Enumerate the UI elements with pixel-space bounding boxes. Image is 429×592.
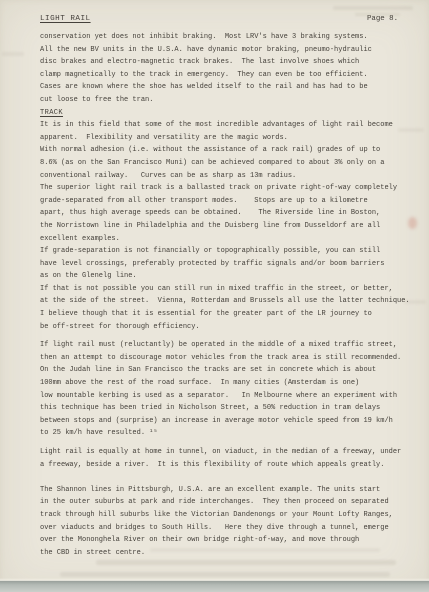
text-line [40, 471, 418, 484]
text-line: 100mm above the rest of the road surface… [40, 377, 418, 390]
text-line: With normal adhesion (i.e. without the a… [40, 144, 418, 157]
page-number: Page 8. [367, 15, 398, 23]
document-body: conservation yet does not inhibit brakin… [40, 31, 418, 559]
bleed-through-smudge [398, 128, 424, 132]
text-line: as on the Glenelg line. [40, 270, 418, 283]
text-line: at the side of the street. Vienna, Rotte… [40, 295, 418, 308]
text-line: TRACK [40, 107, 418, 120]
text-line: apart, thus high average speeds can be o… [40, 207, 418, 220]
text-line: a freeway, beside a river. It is this fl… [40, 459, 418, 472]
text-line: If grade-separation is not financially o… [40, 245, 418, 258]
text-line: cut loose to free the tran. [40, 94, 418, 107]
bleed-through-smudge [150, 548, 380, 552]
text-line: over the Mononghela River on their own b… [40, 534, 418, 547]
bleed-through-smudge [60, 572, 390, 577]
text-line: Light rail is equally at home in tunnel,… [40, 446, 418, 459]
scanned-document-page: LIGHT RAIL Page 8. conservation yet does… [0, 0, 429, 592]
text-line: over viaducts and bridges to South Hills… [40, 522, 418, 535]
text-line: excellent examples. [40, 233, 418, 246]
paragraph: conservation yet does not inhibit brakin… [40, 31, 418, 107]
bleed-through-smudge [2, 52, 24, 56]
text-line: Cases are known where the shoe has welde… [40, 81, 418, 94]
text-line: On the Judah line in San Francisco the t… [40, 364, 418, 377]
text-line: conventional railway. Curves can be as s… [40, 170, 418, 183]
text-line: have level crossings, preferably protect… [40, 258, 418, 271]
text-line: All the new BV units in the U.S.A. have … [40, 44, 418, 57]
scan-edge-strip [0, 580, 429, 592]
text-line: between stops and (surprise) an increase… [40, 415, 418, 428]
paragraph: If light rail must (reluctantly) be oper… [40, 339, 418, 440]
text-line: The Shannon lines in Pittsburgh, U.S.A. … [40, 484, 418, 497]
text-line: The superior light rail track is a balla… [40, 182, 418, 195]
text-line: conservation yet does not inhibit brakin… [40, 31, 418, 44]
text-line: to 25 km/h have resulted. ¹⁵ [40, 427, 418, 440]
text-line: If light rail must (reluctantly) be oper… [40, 339, 418, 352]
text-line: disc brakes and electro-magnetic track b… [40, 56, 418, 69]
text-line: If that is not possible you can still ru… [40, 283, 418, 296]
text-line: clamp magnetically to the track in emerg… [40, 69, 418, 82]
bleed-through-smudge [96, 560, 396, 565]
text-line: grade-separated from all other transport… [40, 195, 418, 208]
text-line: It is in this field that some of the mos… [40, 119, 418, 132]
text-line: the Norristown line in Philadelphia and … [40, 220, 418, 233]
section-heading: TRACK [40, 107, 418, 120]
bleed-through-smudge [404, 300, 426, 304]
text-line: 8.6% (as on the San Francisco Muni) can … [40, 157, 418, 170]
text-line: in the outer suburbs at park and ride in… [40, 496, 418, 509]
bleed-through-smudge [355, 13, 400, 16]
text-line: apparent. Flexibility and versatility ar… [40, 132, 418, 145]
text-line: this technique has been tried in Nichols… [40, 402, 418, 415]
text-line: track through hill suburbs like the Vict… [40, 509, 418, 522]
text-line: I believe though that it is essential fo… [40, 308, 418, 321]
document-header: LIGHT RAIL Page 8. [40, 15, 418, 23]
text-line: then an attempt to discourage motor vehi… [40, 352, 418, 365]
document-content: LIGHT RAIL Page 8. conservation yet does… [40, 15, 418, 559]
text-line: low mountable kerbing is used as a separ… [40, 390, 418, 403]
text-line: be off-street for thorough efficiency. [40, 321, 418, 334]
paragraph: It is in this field that some of the mos… [40, 119, 418, 333]
paragraph: Light rail is equally at home in tunnel,… [40, 446, 418, 484]
ink-stain [408, 217, 417, 229]
bleed-through-smudge [333, 6, 413, 10]
page-title: LIGHT RAIL [40, 15, 91, 23]
